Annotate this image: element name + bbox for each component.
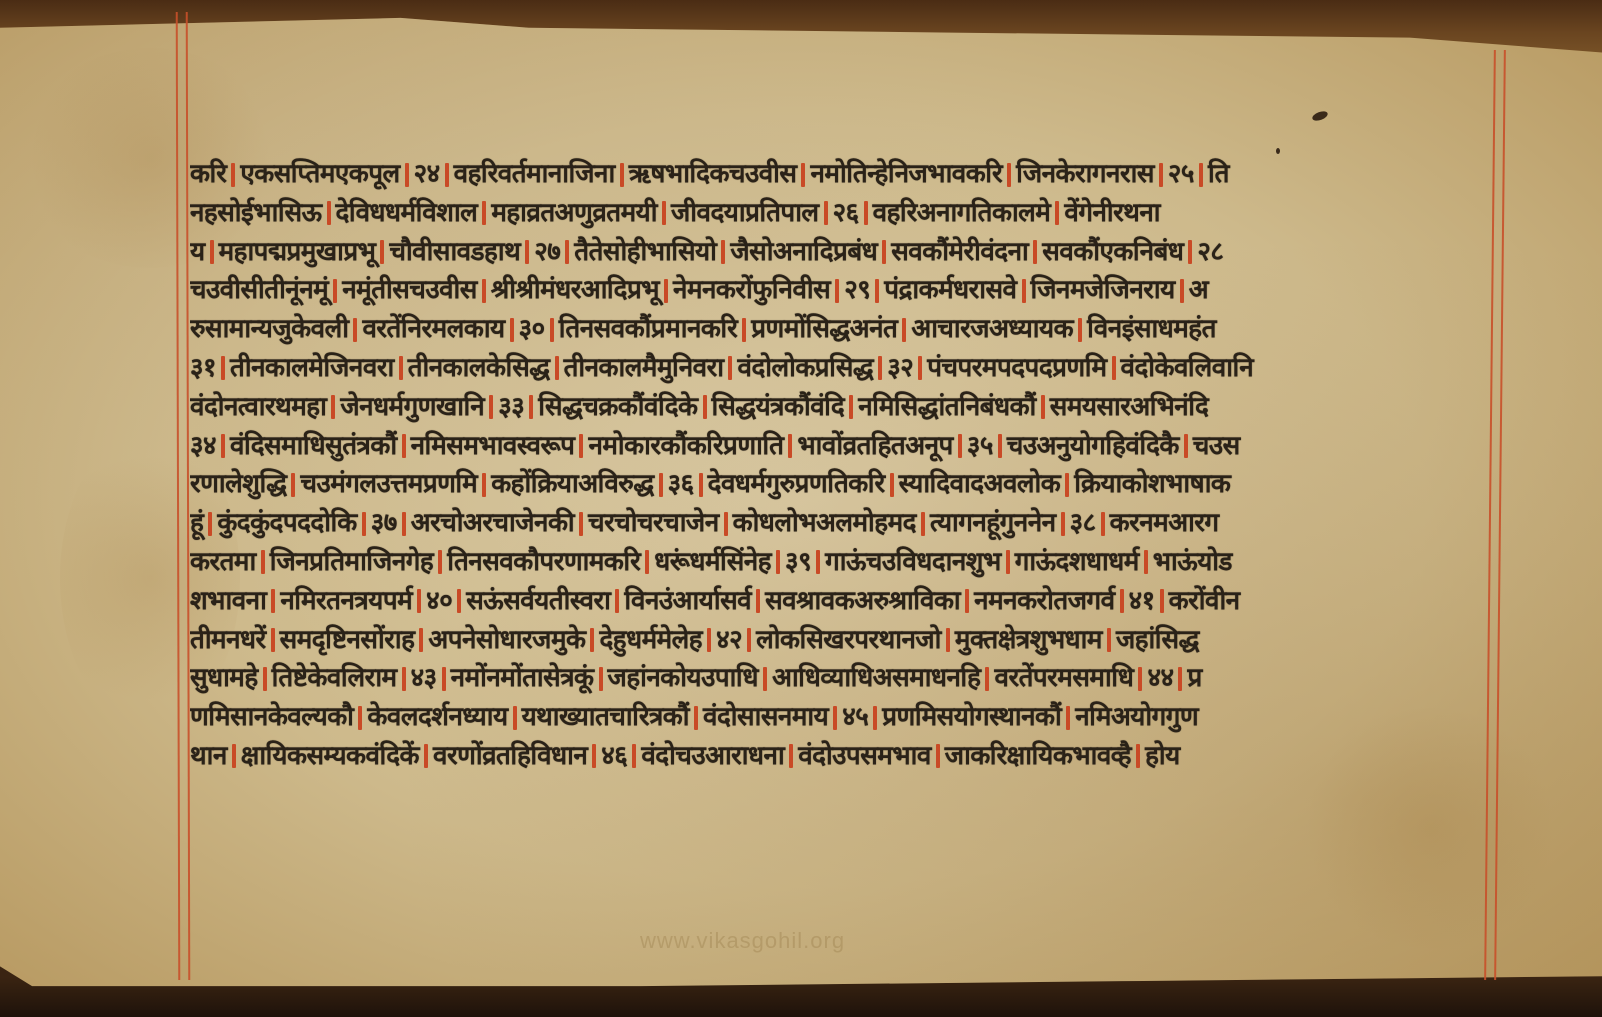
danda-separator bbox=[902, 318, 906, 342]
text-segment: नमोकारकौंकरिप्रणाति bbox=[588, 431, 783, 461]
text-segment: तिनसवकौंप्रमानकरि bbox=[559, 314, 738, 344]
danda-separator bbox=[721, 240, 725, 264]
danda-separator bbox=[742, 318, 746, 342]
text-segment: आचारजअध्यायक bbox=[911, 314, 1073, 344]
danda-separator bbox=[1160, 589, 1164, 613]
danda-separator bbox=[510, 318, 514, 342]
text-segment: महाव्रतअणुव्रतमयी bbox=[491, 198, 657, 228]
text-segment: य bbox=[190, 237, 205, 267]
danda-separator bbox=[333, 279, 337, 303]
danda-separator bbox=[482, 201, 486, 225]
danda-separator bbox=[482, 279, 486, 303]
text-segment: वहरिअनागतिकालमे bbox=[873, 198, 1051, 228]
danda-separator bbox=[1138, 667, 1142, 691]
danda-separator bbox=[664, 279, 668, 303]
danda-separator bbox=[875, 279, 879, 303]
text-segment: २७ bbox=[534, 237, 560, 267]
text-segment: स्यादिवादअवलोक bbox=[899, 469, 1061, 499]
text-segment: ४३ bbox=[411, 663, 437, 693]
text-segment: तैतेसोहीभासियो bbox=[574, 237, 716, 267]
danda-separator bbox=[824, 201, 828, 225]
manuscript-line: थानक्षायिकसम्यकवंदिकेंवरणोंव्रतहिविधान४६… bbox=[190, 737, 1458, 776]
danda-separator bbox=[1066, 706, 1070, 730]
danda-separator bbox=[402, 512, 406, 536]
text-segment: महापद्मप्रमुखाप्रभू bbox=[219, 237, 376, 267]
danda-separator bbox=[405, 163, 409, 187]
danda-separator bbox=[1120, 589, 1124, 613]
manuscript-line: नहसोईभासिऊदेविधधर्मविशालमहाव्रतअणुव्रतमय… bbox=[190, 194, 1458, 233]
text-segment: क्रियाकोशभाषाक bbox=[1074, 469, 1230, 499]
text-segment: णमिसानकेवल्यकौ bbox=[190, 702, 353, 732]
text-segment: करोंवीन bbox=[1169, 586, 1240, 616]
danda-separator bbox=[529, 395, 533, 419]
text-segment: ३१ bbox=[190, 353, 216, 383]
danda-separator bbox=[1022, 279, 1026, 303]
text-segment: थान bbox=[190, 741, 227, 771]
text-segment: सवश्रावकअरुश्राविका bbox=[765, 586, 960, 616]
text-segment: शभावना bbox=[190, 586, 266, 616]
text-segment: नमिरतनत्रयपर्म bbox=[280, 586, 412, 616]
danda-separator bbox=[918, 356, 922, 380]
danda-separator bbox=[1112, 356, 1116, 380]
danda-separator bbox=[864, 201, 868, 225]
text-segment: ३८ bbox=[1070, 508, 1096, 538]
danda-separator bbox=[271, 589, 275, 613]
danda-separator bbox=[1188, 240, 1192, 264]
text-segment: वंदोसासनमाय bbox=[703, 702, 828, 732]
text-segment: ४० bbox=[426, 586, 452, 616]
text-segment: गाऊंचउविधदानशुभ bbox=[825, 547, 1001, 577]
text-segment: तीनकालमेजिनवरा bbox=[230, 353, 394, 383]
text-segment: ३५ bbox=[967, 431, 993, 461]
text-segment: प्रणमिसयोगस्थानकौं bbox=[882, 702, 1061, 732]
danda-separator bbox=[873, 706, 877, 730]
text-segment: २५ bbox=[1168, 159, 1194, 189]
text-segment: जिनमजेजिनराय bbox=[1031, 275, 1175, 305]
danda-separator bbox=[1107, 628, 1111, 652]
danda-separator bbox=[358, 706, 362, 730]
text-segment: नमिअयोगगुण bbox=[1075, 702, 1198, 732]
danda-separator bbox=[776, 550, 780, 574]
danda-separator bbox=[615, 589, 619, 613]
danda-separator bbox=[985, 667, 989, 691]
danda-separator bbox=[1007, 163, 1011, 187]
text-segment: ३३ bbox=[498, 392, 524, 422]
manuscript-line: ३१तीनकालमेजिनवरातीनकालकेसिद्धतीनकालमैमुन… bbox=[190, 349, 1458, 388]
text-segment: पंचपरमपदपदप्रणमि bbox=[927, 353, 1106, 383]
text-segment: देहुधर्ममेलेह bbox=[599, 625, 702, 655]
text-segment: गाऊंदशधाधर्म bbox=[1015, 547, 1139, 577]
text-segment: २४ bbox=[414, 159, 440, 189]
danda-separator bbox=[261, 550, 265, 574]
danda-separator bbox=[1078, 318, 1082, 342]
danda-separator bbox=[878, 356, 882, 380]
danda-separator bbox=[489, 395, 493, 419]
manuscript-line: णमिसानकेवल्यकौकेवलदर्शनध्याययथाख्यातचारि… bbox=[190, 698, 1458, 737]
danda-separator bbox=[882, 240, 886, 264]
danda-separator bbox=[1033, 240, 1037, 264]
danda-separator bbox=[707, 628, 711, 652]
danda-separator bbox=[417, 589, 421, 613]
text-segment: विनइंसाधमहंत bbox=[1087, 314, 1216, 344]
danda-separator bbox=[849, 395, 853, 419]
text-segment: क्षायिकसम्यकवंदिकें bbox=[241, 741, 419, 771]
danda-separator bbox=[890, 473, 894, 497]
text-segment: विनउंआर्यासर्व bbox=[624, 586, 751, 616]
manuscript-line: हूंकुंदकुंदपददोकि३७अरचोअरचाजेनकीचरचोचरचा… bbox=[190, 504, 1458, 543]
danda-separator bbox=[331, 395, 335, 419]
danda-separator bbox=[402, 667, 406, 691]
text-segment: हूं bbox=[190, 508, 203, 538]
text-segment: नहसोईभासिऊ bbox=[190, 198, 322, 228]
danda-separator bbox=[399, 356, 403, 380]
danda-separator bbox=[232, 744, 236, 768]
text-segment: चउमंगलउत्तमप्रणमि bbox=[300, 469, 477, 499]
text-segment: देवधर्मगुरुप्रणतिकरि bbox=[708, 469, 885, 499]
text-segment: वेंगेनीरथना bbox=[1064, 198, 1160, 228]
danda-separator bbox=[1159, 163, 1163, 187]
danda-separator bbox=[789, 744, 793, 768]
text-segment: वंदोलोकप्रसिद्ध bbox=[737, 353, 873, 383]
danda-separator bbox=[402, 434, 406, 458]
text-segment: प्र bbox=[1187, 663, 1201, 693]
danda-separator bbox=[445, 163, 449, 187]
danda-separator bbox=[965, 589, 969, 613]
text-segment: ३४ bbox=[190, 431, 216, 461]
danda-separator bbox=[645, 550, 649, 574]
text-segment: चरचोचरचाजेन bbox=[588, 508, 719, 538]
manuscript-line: करिएकसप्तिमएकपूल२४वहरिवर्तमानाजिनाऋषभादि… bbox=[190, 155, 1458, 194]
text-segment: वरतेंनिरमलकाय bbox=[362, 314, 504, 344]
text-segment: देविधधर्मविशाल bbox=[336, 198, 478, 228]
text-segment: ४१ bbox=[1129, 586, 1155, 616]
text-segment: ४४ bbox=[1147, 663, 1173, 693]
text-segment: जैसोअनादिप्रबंध bbox=[730, 237, 877, 267]
text-segment: कोधलोभअलमोहमद bbox=[733, 508, 916, 538]
text-segment: नमिसिद्धांतनिबंधकौं bbox=[858, 392, 1036, 422]
text-segment: जिनकेरागनरास bbox=[1016, 159, 1154, 189]
danda-separator bbox=[1006, 550, 1010, 574]
text-segment: जेनधर्मगुणखानि bbox=[340, 392, 484, 422]
text-segment: नमोतिन्हेनिजभावकरि bbox=[810, 159, 1002, 189]
danda-separator bbox=[1199, 163, 1203, 187]
danda-separator bbox=[590, 628, 594, 652]
text-segment: तीनकालकेसिद्ध bbox=[408, 353, 550, 383]
danda-separator bbox=[835, 279, 839, 303]
ink-speck bbox=[1276, 148, 1280, 154]
danda-separator bbox=[457, 589, 461, 613]
text-segment: ऋषभादिकचउवीस bbox=[629, 159, 797, 189]
text-segment: करनमआरग bbox=[1110, 508, 1219, 538]
text-segment: सुधामहे bbox=[190, 663, 258, 693]
text-segment: चउअनुयोगहिवंदिकै bbox=[1007, 431, 1179, 461]
danda-separator bbox=[271, 628, 275, 652]
danda-separator bbox=[210, 240, 214, 264]
danda-separator bbox=[263, 667, 267, 691]
danda-separator bbox=[728, 356, 732, 380]
text-segment: ३२ bbox=[887, 353, 913, 383]
text-segment: वंदिसमाधिसुतंत्रकौं bbox=[230, 431, 397, 461]
text-segment: ४६ bbox=[601, 741, 627, 771]
danda-separator bbox=[208, 512, 212, 536]
text-segment: समयसारअभिनंदि bbox=[1050, 392, 1209, 422]
text-segment: तिष्टेकेवलिराम bbox=[272, 663, 397, 693]
text-segment: भाऊंयोड bbox=[1153, 547, 1232, 577]
text-segment: करतमा bbox=[190, 547, 256, 577]
text-segment: तिनसवकौपरणामकरि bbox=[447, 547, 640, 577]
danda-separator bbox=[380, 240, 384, 264]
text-segment: सवकौंएकनिबंध bbox=[1042, 237, 1183, 267]
danda-separator bbox=[801, 163, 805, 187]
text-segment: होय bbox=[1145, 741, 1180, 771]
danda-separator bbox=[1144, 550, 1148, 574]
text-segment: जिनप्रतिमाजिनगेह bbox=[270, 547, 434, 577]
danda-separator bbox=[1136, 744, 1140, 768]
danda-separator bbox=[998, 434, 1002, 458]
danda-separator bbox=[936, 744, 940, 768]
text-segment: जहांसिद्ध bbox=[1116, 625, 1199, 655]
manuscript-line: सुधामहेतिष्टेकेवलिराम४३नमोंनमोंतासेत्रकू… bbox=[190, 659, 1458, 698]
manuscript-line: रुसामान्यजुकेवलीवरतेंनिरमलकाय३०तिनसवकौंप… bbox=[190, 310, 1458, 349]
text-segment: अरचोअरचाजेनकी bbox=[411, 508, 574, 538]
danda-separator bbox=[703, 395, 707, 419]
text-segment: एकसप्तिमएकपूल bbox=[240, 159, 399, 189]
manuscript-line: ३४वंदिसमाधिसुतंत्रकौंनमिसमभावस्वरूपनमोका… bbox=[190, 427, 1458, 466]
danda-separator bbox=[1178, 667, 1182, 691]
manuscript-text-block: करिएकसप्तिमएकपूल२४वहरिवर्तमानाजिनाऋषभादि… bbox=[190, 155, 1458, 776]
manuscript-line: रणालेशुद्धिचउमंगलउत्तमप्रणमिकहोंक्रियाअव… bbox=[190, 465, 1458, 504]
danda-separator bbox=[1180, 279, 1184, 303]
danda-separator bbox=[833, 706, 837, 730]
danda-separator bbox=[327, 201, 331, 225]
text-segment: कहोंक्रियाअविरुद्ध bbox=[491, 469, 653, 499]
text-segment: सऊंसर्वयतीस्वरा bbox=[466, 586, 610, 616]
text-segment: अपनेसोधारजमुके bbox=[428, 625, 585, 655]
danda-separator bbox=[724, 512, 728, 536]
danda-separator bbox=[579, 512, 583, 536]
text-segment: वंदोनत्वारथमहा bbox=[190, 392, 326, 422]
text-segment: ३९ bbox=[785, 547, 811, 577]
text-segment: आधिव्याधिअसमाधनहि bbox=[772, 663, 980, 693]
text-segment: भावोंव्रतहितअनूप bbox=[797, 431, 952, 461]
danda-separator bbox=[1184, 434, 1188, 458]
text-segment: वंदोचउआराधना bbox=[641, 741, 784, 771]
danda-separator bbox=[419, 628, 423, 652]
text-segment: केवलदर्शनध्याय bbox=[367, 702, 507, 732]
text-segment: २८ bbox=[1197, 237, 1223, 267]
danda-separator bbox=[756, 589, 760, 613]
text-segment: नमनकरोतजगर्व bbox=[974, 586, 1114, 616]
manuscript-line: यमहापद्मप्रमुखाप्रभूचौवीसावडहाथ२७तैतेसोह… bbox=[190, 233, 1458, 272]
text-segment: सिद्धयंत्रकौंवंदि bbox=[712, 392, 845, 422]
danda-separator bbox=[1101, 512, 1105, 536]
danda-separator bbox=[291, 473, 295, 497]
danda-separator bbox=[632, 744, 636, 768]
danda-separator bbox=[1061, 512, 1065, 536]
text-segment: ३० bbox=[519, 314, 545, 344]
text-segment: करि bbox=[190, 159, 226, 189]
manuscript-line: चउवीसीतीनूंनमूंनमूंतीसचउवीसश्रीश्रीमंधरआ… bbox=[190, 271, 1458, 310]
danda-separator bbox=[525, 240, 529, 264]
danda-separator bbox=[550, 318, 554, 342]
danda-separator bbox=[958, 434, 962, 458]
text-segment: जाकरिक्षायिकभावव्है bbox=[945, 741, 1131, 771]
manuscript-line: शभावनानमिरतनत्रयपर्म४०सऊंसर्वयतीस्वराविन… bbox=[190, 582, 1458, 621]
manuscript-line: वंदोनत्वारथमहाजेनधर्मगुणखानि३३सिद्धचक्रक… bbox=[190, 388, 1458, 427]
text-segment: लोकसिखरपरथानजो bbox=[756, 625, 941, 655]
text-segment: पंद्राकर्मधरासवे bbox=[884, 275, 1016, 305]
danda-separator bbox=[231, 163, 235, 187]
danda-separator bbox=[662, 201, 666, 225]
danda-separator bbox=[221, 356, 225, 380]
text-segment: कुंदकुंदपददोकि bbox=[217, 508, 356, 538]
text-segment: त्यागनहूंगुननेन bbox=[930, 508, 1056, 538]
text-segment: नेमनकरोंफुनिवीस bbox=[673, 275, 830, 305]
text-segment: वरणोंव्रतहिविधान bbox=[433, 741, 587, 771]
danda-separator bbox=[763, 667, 767, 691]
danda-separator bbox=[1041, 395, 1045, 419]
danda-separator bbox=[620, 163, 624, 187]
danda-separator bbox=[659, 473, 663, 497]
text-segment: जहांनकोयउपाधि bbox=[608, 663, 759, 693]
danda-separator bbox=[592, 744, 596, 768]
danda-separator bbox=[362, 512, 366, 536]
text-segment: चउस bbox=[1193, 431, 1240, 461]
danda-separator bbox=[555, 356, 559, 380]
danda-separator bbox=[353, 318, 357, 342]
text-segment: वंदोउपसमभाव bbox=[798, 741, 931, 771]
text-segment: वहरिवर्तमानाजिना bbox=[454, 159, 615, 189]
text-segment: ४५ bbox=[842, 702, 868, 732]
danda-separator bbox=[1065, 473, 1069, 497]
danda-separator bbox=[579, 434, 583, 458]
text-segment: २६ bbox=[833, 198, 859, 228]
text-segment: धरूंधर्मसिंनेह bbox=[654, 547, 771, 577]
danda-separator bbox=[788, 434, 792, 458]
watermark: www.vikasgohil.org bbox=[640, 928, 845, 954]
text-segment: रुसामान्यजुकेवली bbox=[190, 314, 348, 344]
text-segment: सिद्धचक्रकौंवंदिके bbox=[538, 392, 697, 422]
text-segment: समदृष्टिनसोंराह bbox=[280, 625, 415, 655]
danda-separator bbox=[599, 667, 603, 691]
text-segment: सवकौंमेरीवंदना bbox=[891, 237, 1028, 267]
text-segment: चौवीसावडहाथ bbox=[389, 237, 520, 267]
danda-separator bbox=[482, 473, 486, 497]
danda-separator bbox=[1055, 201, 1059, 225]
text-segment: २९ bbox=[844, 275, 870, 305]
text-segment: तीनकालमैमुनिवरा bbox=[564, 353, 724, 383]
text-segment: ति bbox=[1208, 159, 1229, 189]
text-segment: वरतेंपरमसमाधि bbox=[994, 663, 1133, 693]
text-segment: यथाख्यातचारित्रकौं bbox=[522, 702, 689, 732]
manuscript-line: तीमनधरेंसमदृष्टिनसोंराहअपनेसोधारजमुकेदेह… bbox=[190, 621, 1458, 660]
text-segment: ३७ bbox=[371, 508, 397, 538]
danda-separator bbox=[946, 628, 950, 652]
text-segment: वंदोकेवलिवानि bbox=[1121, 353, 1254, 383]
danda-separator bbox=[694, 706, 698, 730]
danda-separator bbox=[816, 550, 820, 574]
danda-separator bbox=[747, 628, 751, 652]
danda-separator bbox=[221, 434, 225, 458]
danda-separator bbox=[513, 706, 517, 730]
text-segment: नमोंनमोंतासेत्रकूं bbox=[451, 663, 594, 693]
text-segment: ३६ bbox=[668, 469, 694, 499]
text-segment: चउवीसीतीनूंनमूं bbox=[190, 275, 328, 305]
text-segment: मुक्तक्षेत्रशुभधाम bbox=[955, 625, 1102, 655]
text-segment: प्रणमोंसिद्धअनंत bbox=[751, 314, 897, 344]
danda-separator bbox=[442, 667, 446, 691]
text-segment: नमिसमभावस्वरूप bbox=[411, 431, 575, 461]
text-segment: जीवदयाप्रतिपाल bbox=[671, 198, 819, 228]
danda-separator bbox=[699, 473, 703, 497]
text-segment: अ bbox=[1189, 275, 1208, 305]
text-segment: श्रीश्रीमंधरआदिप्रभू bbox=[491, 275, 659, 305]
danda-separator bbox=[424, 744, 428, 768]
text-segment: रणालेशुद्धि bbox=[190, 469, 286, 499]
danda-separator bbox=[921, 512, 925, 536]
text-segment: तीमनधरें bbox=[190, 625, 266, 655]
manuscript-line: करतमाजिनप्रतिमाजिनगेहतिनसवकौपरणामकरिधरूं… bbox=[190, 543, 1458, 582]
text-segment: ४२ bbox=[716, 625, 742, 655]
danda-separator bbox=[438, 550, 442, 574]
danda-separator bbox=[565, 240, 569, 264]
text-segment: नमूंतीसचउवीस bbox=[342, 275, 477, 305]
